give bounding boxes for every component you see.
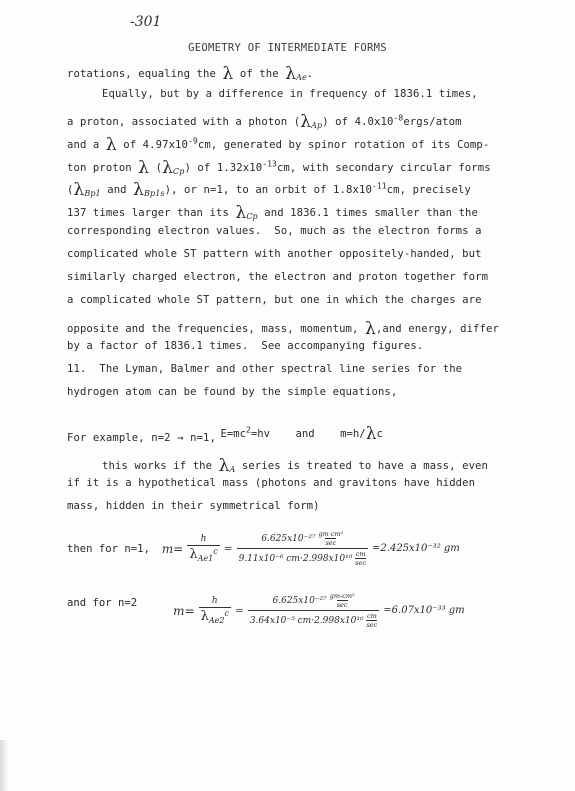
text-run: similarly charged electron, the electron… [67,271,488,283]
text-run: cm, generated by spinor rotation of its … [198,139,490,151]
c-symbol: c [213,547,217,556]
calc-result: =2.425x10⁻³² gm [372,543,460,554]
lambda-symbol: λ [300,112,311,132]
calc-lhs: m= [173,604,194,618]
page-number: -301 [130,14,161,30]
lambda-subscript: Ae [296,73,307,82]
lambda-symbol: λ [222,64,233,84]
document-page: -301 GEOMETRY OF INTERMEDIATE FORMS rota… [0,0,575,791]
text-run: ) of 1.32x10 [184,162,262,174]
text-line: and a λ of 4.97x10-9cm, generated by spi… [67,133,489,153]
text-run: ,and energy, differ [376,323,499,335]
lambda-symbol: λ [285,64,296,84]
lambda-subscript: Ap [311,121,322,130]
text-run: 137 times larger than its [67,207,235,219]
text-run: by a factor of 1836.1 times. See accompa… [67,340,423,352]
lambda-symbol: λ [219,456,230,476]
text-run: mass, hidden in their symmetrical form) [67,500,320,512]
exponent: -9 [188,136,198,145]
calculation-n2: and for n=2 m= h λAe2c = 6.625x10⁻²⁷ gm-… [67,592,465,629]
scan-edge-shadow [0,740,8,791]
text-line: complicated whole ST pattern with anothe… [67,248,482,260]
text-run: ), or n=1, to an orbit of 1.8x10 [165,184,372,196]
unit-bottom: sec [337,600,348,609]
text-line: hydrogen atom can be found by the simple… [67,386,397,398]
c-symbol: c [224,609,228,618]
text-line: by a factor of 1836.1 times. See accompa… [67,340,423,352]
lambda-symbol: λ [201,609,209,624]
text-line: a complicated whole ST pattern, but one … [67,294,482,306]
lambda-subscript: Cp [246,212,257,221]
text-run: ) of 4.0x10 [322,116,393,128]
fraction-h-over-lambda-c: h λAe2c [199,596,231,625]
text-run: a complicated whole ST pattern, but one … [67,294,482,306]
text-line: (λBp1 and λBp1s), or n=1, to an orbit of… [67,178,471,198]
lambda-subscript: Ae2 [209,616,225,625]
text-run: ton proton [67,162,138,174]
lambda-symbol: λ [235,203,246,223]
lambda-symbol: λ [106,135,117,155]
equation-and: and [296,428,315,440]
equation-energy: E=mc [221,428,247,440]
lambda-symbol: λ [73,180,84,200]
calc-label: then for n=1, [67,543,150,555]
text-run: opposite and the frequencies, mass, mome… [67,323,365,335]
fraction-h-over-lambda-c: h λAe1c [187,534,219,563]
text-run: this works if the [102,460,219,472]
text-run: hydrogen atom can be found by the simple… [67,386,397,398]
lambda-subscript: Cp [173,167,184,176]
unit-bottom: sec [355,558,366,567]
text-run: cm, precisely [387,184,471,196]
lambda-symbol: λ [189,547,197,562]
text-run: corresponding electron values. So, much … [67,225,482,237]
text-run: cm, with secondary circular forms [277,162,491,174]
text-run: of 4.97x10 [117,139,188,151]
text-run: a proton, associated with a photon ( [67,116,300,128]
page-title: GEOMETRY OF INTERMEDIATE FORMS [0,42,575,54]
equation-line: E=mc2=hv and m=h/λc [195,410,383,454]
text-line: a proton, associated with a photon (λAp)… [67,110,462,130]
lambda-symbol: λ [133,180,144,200]
lambda-symbol: λ [162,158,173,178]
calc-label: and for n=2 [67,597,137,609]
lambda-subscript: Ae1 [198,554,214,563]
fraction-values: 6.625x10⁻²⁷ gm-cm²sec 3.64x10⁻⁵ cm·2.998… [248,592,379,629]
text-line: opposite and the frequencies, mass, mome… [67,317,499,337]
text-line: 11. The Lyman, Balmer and other spectral… [67,363,462,375]
text-line: rotations, equaling the λ of the λAe. [67,62,313,82]
lambda-symbol: λ [138,158,149,178]
text-line: 137 times larger than its λCp and 1836.1… [67,201,478,221]
text-line: similarly charged electron, the electron… [67,271,488,283]
text-run: . [307,68,313,80]
lambda-symbol: λ [365,319,376,339]
text-run: ( [149,162,162,174]
lambda-subscript: Bp1 [84,189,100,198]
text-run: and [101,184,133,196]
unit-top: gm cm² [318,530,343,538]
numerator-h: h [210,596,220,606]
text-line: if it is a hypothetical mass (photons an… [67,477,475,489]
unit-top: cm [367,612,377,620]
exponent: -13 [262,159,277,168]
text-run: Equally, but by a difference in frequenc… [102,88,478,100]
text-line: ton proton λ (λCp) of 1.32x10-13cm, with… [67,156,491,176]
equation-mass: m=h/ [340,428,366,440]
example-line: For example, n=2 → n=1, [67,432,216,444]
exponent: -8 [393,113,403,122]
denominator-value: 3.64x10⁻⁵ cm·2.998x10¹⁰ [250,616,364,626]
numerator-value: 6.625x10⁻²⁷ [261,534,315,544]
unit-top: gm-cm² [330,592,355,600]
calc-lhs: m= [162,542,183,556]
unit-bottom: sec [366,620,377,629]
unit-bottom: sec [325,538,336,547]
text-line: mass, hidden in their symmetrical form) [67,500,320,512]
text-run: of the [233,68,285,80]
text-run: ergs/atom [403,116,461,128]
denominator-value: 9.11x10⁻⁶ cm·2.998x10¹⁰ [239,554,353,564]
text-run: 11. The Lyman, Balmer and other spectral… [67,363,462,375]
equation-mass-tail: c [376,428,382,440]
fraction-values: 6.625x10⁻²⁷ gm cm²sec 9.11x10⁻⁶ cm·2.998… [237,530,368,567]
equation-energy-rhs: =hv [251,428,270,440]
text-run: rotations, equaling the [67,68,222,80]
text-line: Equally, but by a difference in frequenc… [102,88,478,100]
text-line: this works if the λA series is treated t… [102,454,488,474]
text-run: and 1836.1 times smaller than the [258,207,478,219]
lambda-subscript: Bp1s [144,189,165,198]
text-run: if it is a hypothetical mass (photons an… [67,477,475,489]
text-run: and a [67,139,106,151]
calculation-n1: then for n=1, m= h λAe1c = 6.625x10⁻²⁷ g… [67,530,460,567]
text-run: complicated whole ST pattern with anothe… [67,248,482,260]
text-run: series is treated to have a mass, even [235,460,488,472]
unit-top: cm [356,550,366,558]
lambda-symbol: λ [366,424,377,444]
exponent: -11 [372,181,387,190]
numerator-value: 6.625x10⁻²⁷ [273,596,327,606]
text-line: corresponding electron values. So, much … [67,225,482,237]
calc-result: =6.07x10⁻³³ gm [383,605,464,616]
numerator-h: h [199,534,209,544]
